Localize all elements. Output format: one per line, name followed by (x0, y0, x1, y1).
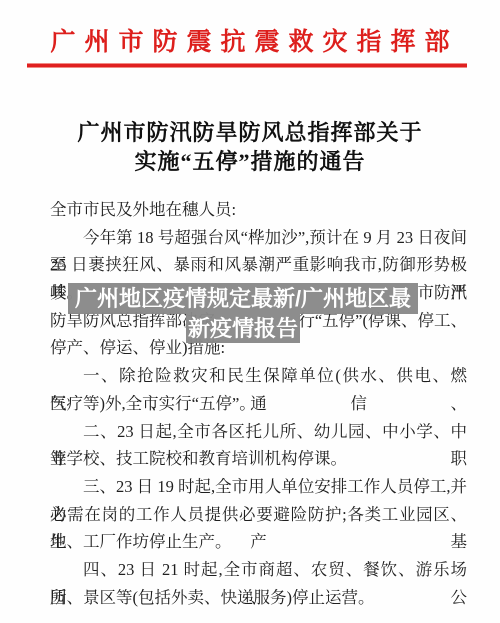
notice-title-line1: 广州市防汛防旱防风总指挥部关于 (0, 118, 500, 147)
document-line-item-2: 二、23 日起,全市各区托儿所、幼儿园、中小学、中等职 (50, 418, 467, 446)
agency-letterhead: 广州市防震抗震救灾指挥部 (0, 22, 500, 58)
notice-document-page: 广州市防震抗震救灾指挥部 广州市防汛防旱防风总指挥部关于 实施“五停”措施的通告… (0, 0, 500, 623)
caption-overlay-line1: 广州地区疫情规定最新/广州地区最 (68, 283, 418, 314)
notice-body: 全市市民及外地在穗人员: 今年第 18 号超强台风“桦加沙”,预计在 9 月 2… (0, 196, 500, 611)
document-line: 必需在岗的工作人员提供必要避险防护;各类工业园区、生产基 (50, 501, 467, 529)
document-line-item-3: 三、23 日 19 时起,全市用人单位安排工作人员停工,并为 (50, 473, 467, 501)
document-line-item-1: 一、除抢险救灾和民生保障单位(供水、供电、燃气、通信、 (50, 362, 467, 390)
document-line: 25 日裹挟狂风、暴雨和风暴潮严重影响我市,防御形势极其严 (50, 251, 467, 279)
caption-overlay: 广州地区疫情规定最新/广州地区最 新疫情报告 (68, 283, 418, 343)
letterhead-rule (27, 63, 467, 68)
notice-title: 广州市防汛防旱防风总指挥部关于 实施“五停”措施的通告 (0, 118, 500, 176)
document-line-salutation: 全市市民及外地在穗人员: (50, 196, 467, 224)
document-line: 今年第 18 号超强台风“桦加沙”,预计在 9 月 23 日夜间至 (50, 224, 467, 252)
notice-title-line2: 实施“五停”措施的通告 (0, 147, 500, 176)
line-fragment-right: 市防汛 (418, 279, 468, 307)
caption-overlay-line2: 新疫情报告 (186, 314, 300, 343)
document-line-item-4: 四、23 日 21 时起,全市商超、农贸、餐饮、游乐场所、公 (50, 556, 467, 584)
